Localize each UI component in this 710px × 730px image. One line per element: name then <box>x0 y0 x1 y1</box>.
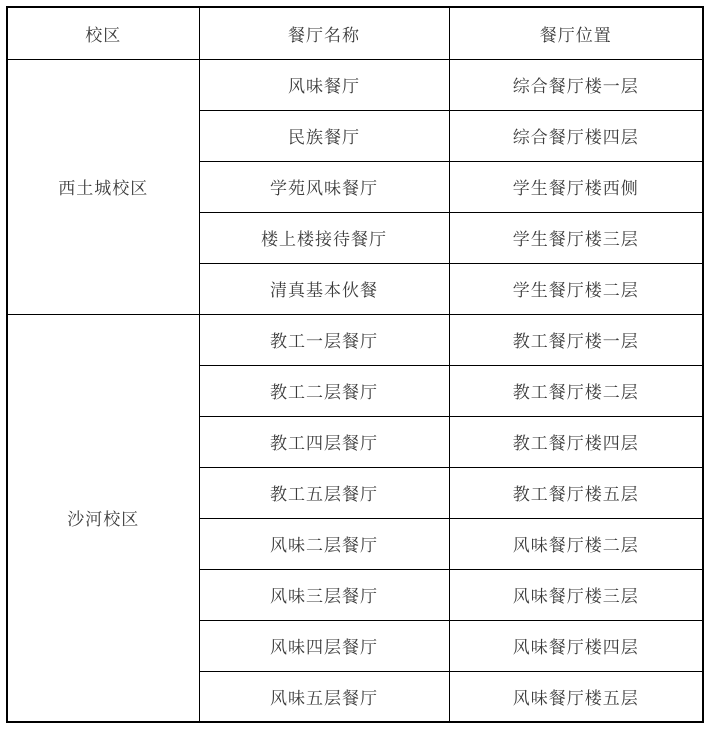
campus-label: 沙河校区 <box>8 492 199 543</box>
header-row: 校区 餐厅名称 餐厅位置 <box>7 7 703 59</box>
header-campus: 校区 <box>7 7 199 59</box>
restaurant-name-cell: 风味三层餐厅 <box>199 569 449 620</box>
restaurant-name-cell: 教工一层餐厅 <box>199 314 449 365</box>
campus-cell: 西土城校区 <box>7 59 199 314</box>
restaurant-location-cell: 综合餐厅楼四层 <box>449 110 703 161</box>
restaurant-name-cell: 风味五层餐厅 <box>199 671 449 722</box>
restaurant-location-cell: 风味餐厅楼五层 <box>449 671 703 722</box>
restaurant-location-cell: 风味餐厅楼四层 <box>449 620 703 671</box>
restaurant-location-cell: 学生餐厅楼西侧 <box>449 161 703 212</box>
table-row: 西土城校区风味餐厅综合餐厅楼一层 <box>7 59 703 110</box>
restaurant-location-cell: 教工餐厅楼二层 <box>449 365 703 416</box>
restaurant-name-cell: 教工四层餐厅 <box>199 416 449 467</box>
restaurant-location-cell: 教工餐厅楼四层 <box>449 416 703 467</box>
restaurant-name-cell: 风味餐厅 <box>199 59 449 110</box>
table-row: 沙河校区教工一层餐厅教工餐厅楼一层 <box>7 314 703 365</box>
table-body: 西土城校区风味餐厅综合餐厅楼一层民族餐厅综合餐厅楼四层学苑风味餐厅学生餐厅楼西侧… <box>7 59 703 722</box>
restaurant-location-cell: 风味餐厅楼二层 <box>449 518 703 569</box>
restaurant-name-cell: 风味四层餐厅 <box>199 620 449 671</box>
header-restaurant-location: 餐厅位置 <box>449 7 703 59</box>
restaurant-name-cell: 学苑风味餐厅 <box>199 161 449 212</box>
restaurant-name-cell: 民族餐厅 <box>199 110 449 161</box>
restaurant-location-cell: 风味餐厅楼三层 <box>449 569 703 620</box>
restaurant-name-cell: 教工五层餐厅 <box>199 467 449 518</box>
restaurant-location-cell: 学生餐厅楼三层 <box>449 212 703 263</box>
restaurant-location-cell: 综合餐厅楼一层 <box>449 59 703 110</box>
page: 校区 餐厅名称 餐厅位置 西土城校区风味餐厅综合餐厅楼一层民族餐厅综合餐厅楼四层… <box>0 0 710 730</box>
restaurant-name-cell: 清真基本伙餐 <box>199 263 449 314</box>
restaurant-location-cell: 教工餐厅楼一层 <box>449 314 703 365</box>
restaurant-name-cell: 楼上楼接待餐厅 <box>199 212 449 263</box>
header-restaurant-name: 餐厅名称 <box>199 7 449 59</box>
restaurant-location-cell: 教工餐厅楼五层 <box>449 467 703 518</box>
cafeteria-table: 校区 餐厅名称 餐厅位置 西土城校区风味餐厅综合餐厅楼一层民族餐厅综合餐厅楼四层… <box>6 6 704 723</box>
restaurant-location-cell: 学生餐厅楼二层 <box>449 263 703 314</box>
restaurant-name-cell: 教工二层餐厅 <box>199 365 449 416</box>
campus-label: 西土城校区 <box>8 161 199 212</box>
restaurant-name-cell: 风味二层餐厅 <box>199 518 449 569</box>
campus-cell: 沙河校区 <box>7 314 199 722</box>
